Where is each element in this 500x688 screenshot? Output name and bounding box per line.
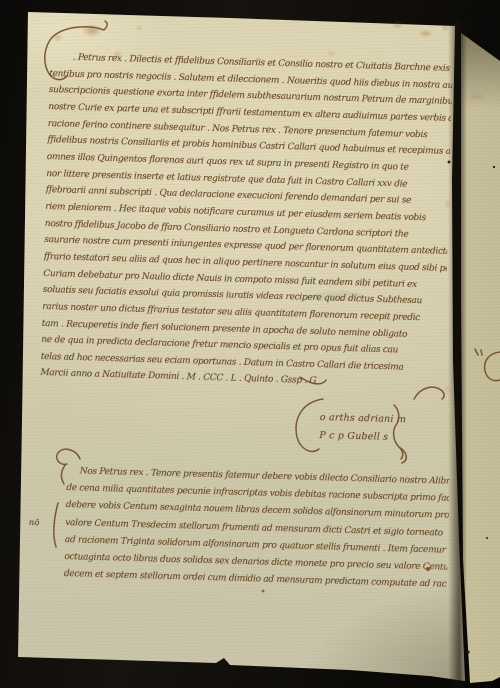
foxing-stain: [466, 90, 488, 103]
foxing-stain: [78, 22, 106, 39]
foxing-stain: [416, 28, 435, 39]
foxing-stain: [440, 24, 451, 32]
foxing-stain: [50, 32, 65, 43]
signature-line-2: P c p Gubell s: [319, 426, 409, 446]
foxing-stain: [443, 382, 452, 395]
signature-line-1: o arths adriani m gp: [320, 409, 410, 429]
foxing-stain: [134, 24, 144, 32]
paragraph-1: . Petrus rex . Dilectis et ffidelibus Co…: [40, 49, 453, 396]
foxing-stain: [389, 20, 406, 30]
margin-note: nō: [29, 516, 53, 533]
paragraph-2: Nos Petrus rex . Tenore presentis fatemu…: [64, 463, 450, 597]
signature-block: o arths adriani m gp P c p Gubell s: [319, 409, 410, 451]
manuscript-photo: . Petrus rex . Dilectis et ffidelibus Co…: [0, 0, 500, 688]
